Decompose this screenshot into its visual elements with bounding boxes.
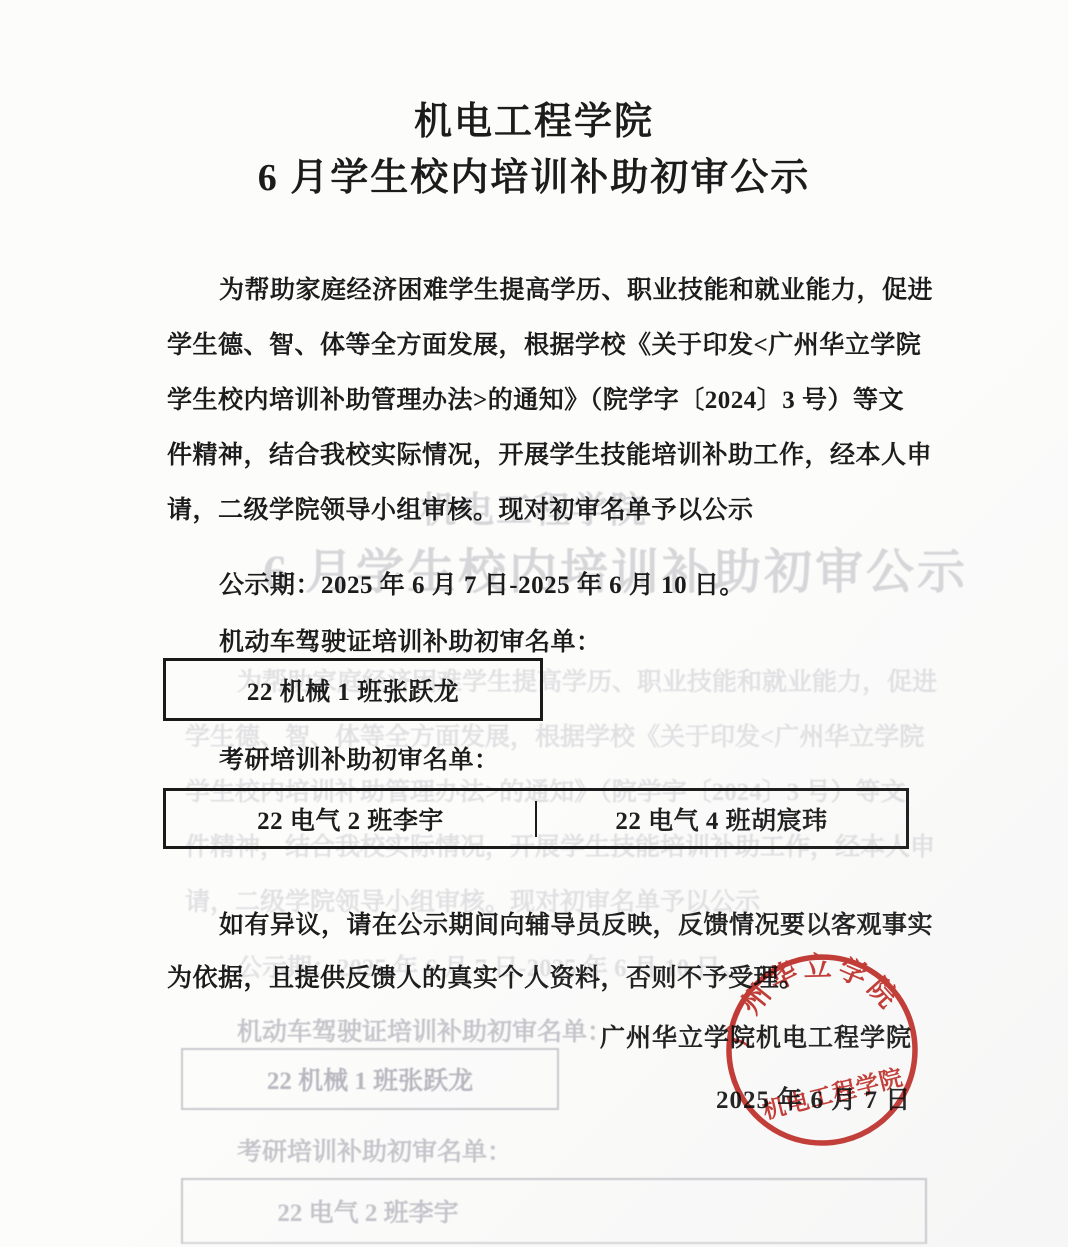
doc-title-line2: 6 月学生校内培训补助初审公示 bbox=[0, 146, 1068, 201]
kaoyan-entry-cell-2: 22 电气 4 班胡宸玮 bbox=[535, 801, 906, 837]
doc-title-line1: 机电工程学院 bbox=[0, 90, 1068, 145]
publicity-period: 公示期：2025 年 6 月 7 日-2025 年 6 月 10 日。 bbox=[167, 565, 745, 601]
kaoyan-list-heading: 考研培训补助初审名单： bbox=[167, 740, 500, 776]
document-page: 机电工程学院 6 月学生校内培训补助初审公示 为帮助家庭经济困难学生提高学历、职… bbox=[0, 0, 1068, 1247]
driving-list-table: 22 机械 1 班张跃龙 bbox=[163, 658, 543, 721]
ghost-kaoyan-table: 22 电气 2 班李宇 bbox=[181, 1178, 927, 1244]
ghost-driving-heading: 机动车驾驶证培训补助初审名单： bbox=[237, 1012, 612, 1048]
body-line-2: 学生德、智、体等全方面发展，根据学校《关于印发<广州华立学院 bbox=[167, 325, 921, 361]
ghost-driving-table: 22 机械 1 班张跃龙 bbox=[181, 1048, 559, 1110]
body-line-5: 请，二级学院领导小组审核。现对初审名单予以公示 bbox=[167, 490, 754, 526]
kaoyan-list-table: 22 电气 2 班李宇 22 电气 4 班胡宸玮 bbox=[163, 788, 909, 849]
ghost-table-cell: 22 电气 2 班李宇 bbox=[183, 1193, 553, 1229]
body-line-1: 为帮助家庭经济困难学生提高学历、职业技能和就业能力，促进 bbox=[167, 270, 933, 306]
stamp-arc-text: 广州华立学院 bbox=[706, 930, 910, 1056]
ghost-table-cell: 22 机械 1 班张跃龙 bbox=[183, 1061, 557, 1097]
stamp-arc-text-holder: 广州华立学院 bbox=[706, 930, 910, 1056]
closing-line-1: 如有异议，请在公示期间向辅导员反映，反馈情况要以客观事实 bbox=[167, 905, 933, 941]
driving-entry-cell: 22 机械 1 班张跃龙 bbox=[166, 672, 540, 708]
ghost-kaoyan-heading: 考研培训补助初审名单： bbox=[237, 1132, 512, 1168]
driving-list-heading: 机动车驾驶证培训补助初审名单： bbox=[167, 622, 602, 658]
kaoyan-entry-cell-1: 22 电气 2 班李宇 bbox=[166, 801, 535, 837]
body-line-4: 件精神，结合我校实际情况，开展学生技能培训补助工作，经本人申 bbox=[167, 435, 932, 471]
body-line-3: 学生校内培训补助管理办法>的通知》（院学字〔2024〕3 号）等文 bbox=[167, 380, 904, 416]
stamp-inner-text: 机电工程学院 bbox=[760, 1064, 906, 1124]
